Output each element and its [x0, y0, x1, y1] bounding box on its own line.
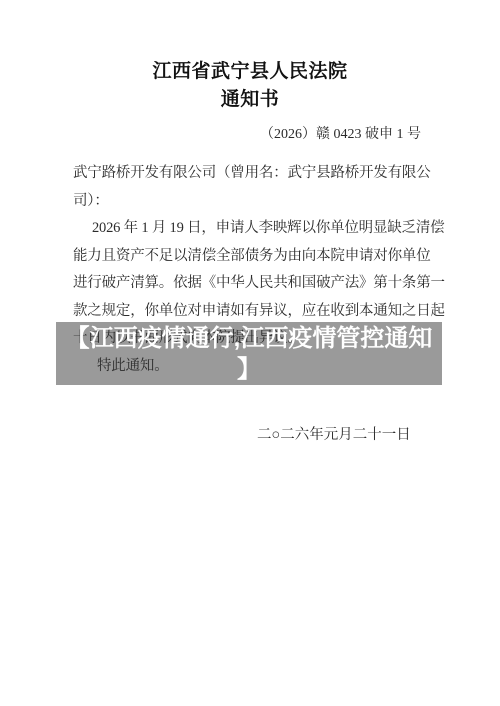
overlay-headline: 【江西疫情通行,江西疫情管控通知 】 [56, 322, 442, 385]
body-line: 进行破产清算。依据《中华人民共和国破产法》第十条第一 [73, 270, 473, 298]
body-line: 2026 年 1 月 19 日，申请人李映辉以你单位明显缺乏清偿 [92, 215, 473, 243]
body-line: 款之规定，你单位对申请如有异议，应在收到本通知之日起 [73, 298, 473, 326]
overlay-headline-line-2: 】 [56, 354, 442, 385]
case-number: （2026）赣 0423 破申 1 号 [260, 125, 421, 145]
body-line: 能力且资产不足以清偿全部债务为由向本院申请对你单位 [73, 243, 473, 271]
doc-type-title: 通知书 [0, 87, 500, 113]
overlay-headline-line-1: 【江西疫情通行,江西疫情管控通知 [56, 323, 442, 354]
document-page: 江西省武宁县人民法院 通知书 （2026）赣 0423 破申 1 号 武宁路桥开… [0, 0, 500, 706]
addressee-line: 武宁路桥开发有限公司（曾用名：武宁县路桥开发有限公 [73, 160, 473, 188]
court-name-title: 江西省武宁县人民法院 [0, 59, 500, 85]
document-date: 二○二六年元月二十一日 [257, 425, 411, 445]
addressee-line: 司）： [73, 188, 473, 216]
